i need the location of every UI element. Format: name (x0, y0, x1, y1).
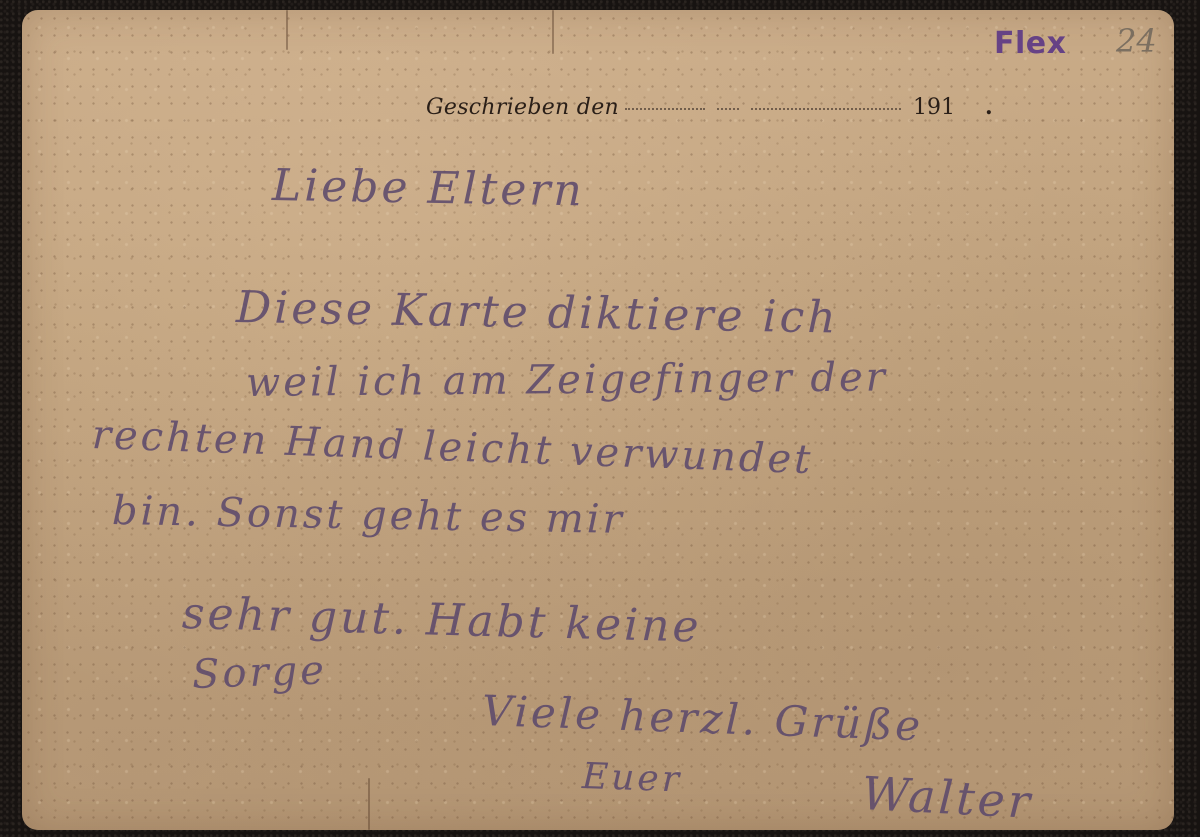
date-line: Geschrieben den 191 . (426, 94, 1066, 120)
letter-line: sehr gut. Habt keine (181, 588, 702, 653)
letter-line: rechten Hand leicht verwundet (91, 412, 814, 483)
postcard: Flex 24 Geschrieben den 191 . Liebe Elte… (22, 10, 1174, 830)
letter-line-closing: Euer (581, 756, 682, 800)
letter-line: bin. Sonst geht es mir (112, 488, 625, 543)
archive-number: 24 (1116, 22, 1157, 60)
date-dotted-field-3 (751, 108, 901, 110)
date-period: . (985, 94, 993, 120)
edge-tear (552, 10, 554, 54)
letter-line: Diese Karte diktiere ich (236, 282, 839, 344)
stamp-flex: Flex (994, 26, 1066, 61)
year-prefix: 191 (913, 95, 955, 120)
letter-line-closing: Viele herzl. Grüße (481, 686, 924, 750)
letter-line: Sorge (191, 647, 327, 698)
edge-tear (286, 10, 288, 50)
written-on-label: Geschrieben den (426, 95, 619, 120)
letter-line-salutation: Liebe Eltern (272, 160, 586, 216)
date-dotted-field-2 (717, 108, 739, 110)
date-dotted-field-1 (625, 108, 705, 110)
edge-tear (368, 778, 370, 830)
letter-line: weil ich am Zeigefinger der (246, 354, 888, 406)
letter-signature: Walter (861, 766, 1035, 829)
